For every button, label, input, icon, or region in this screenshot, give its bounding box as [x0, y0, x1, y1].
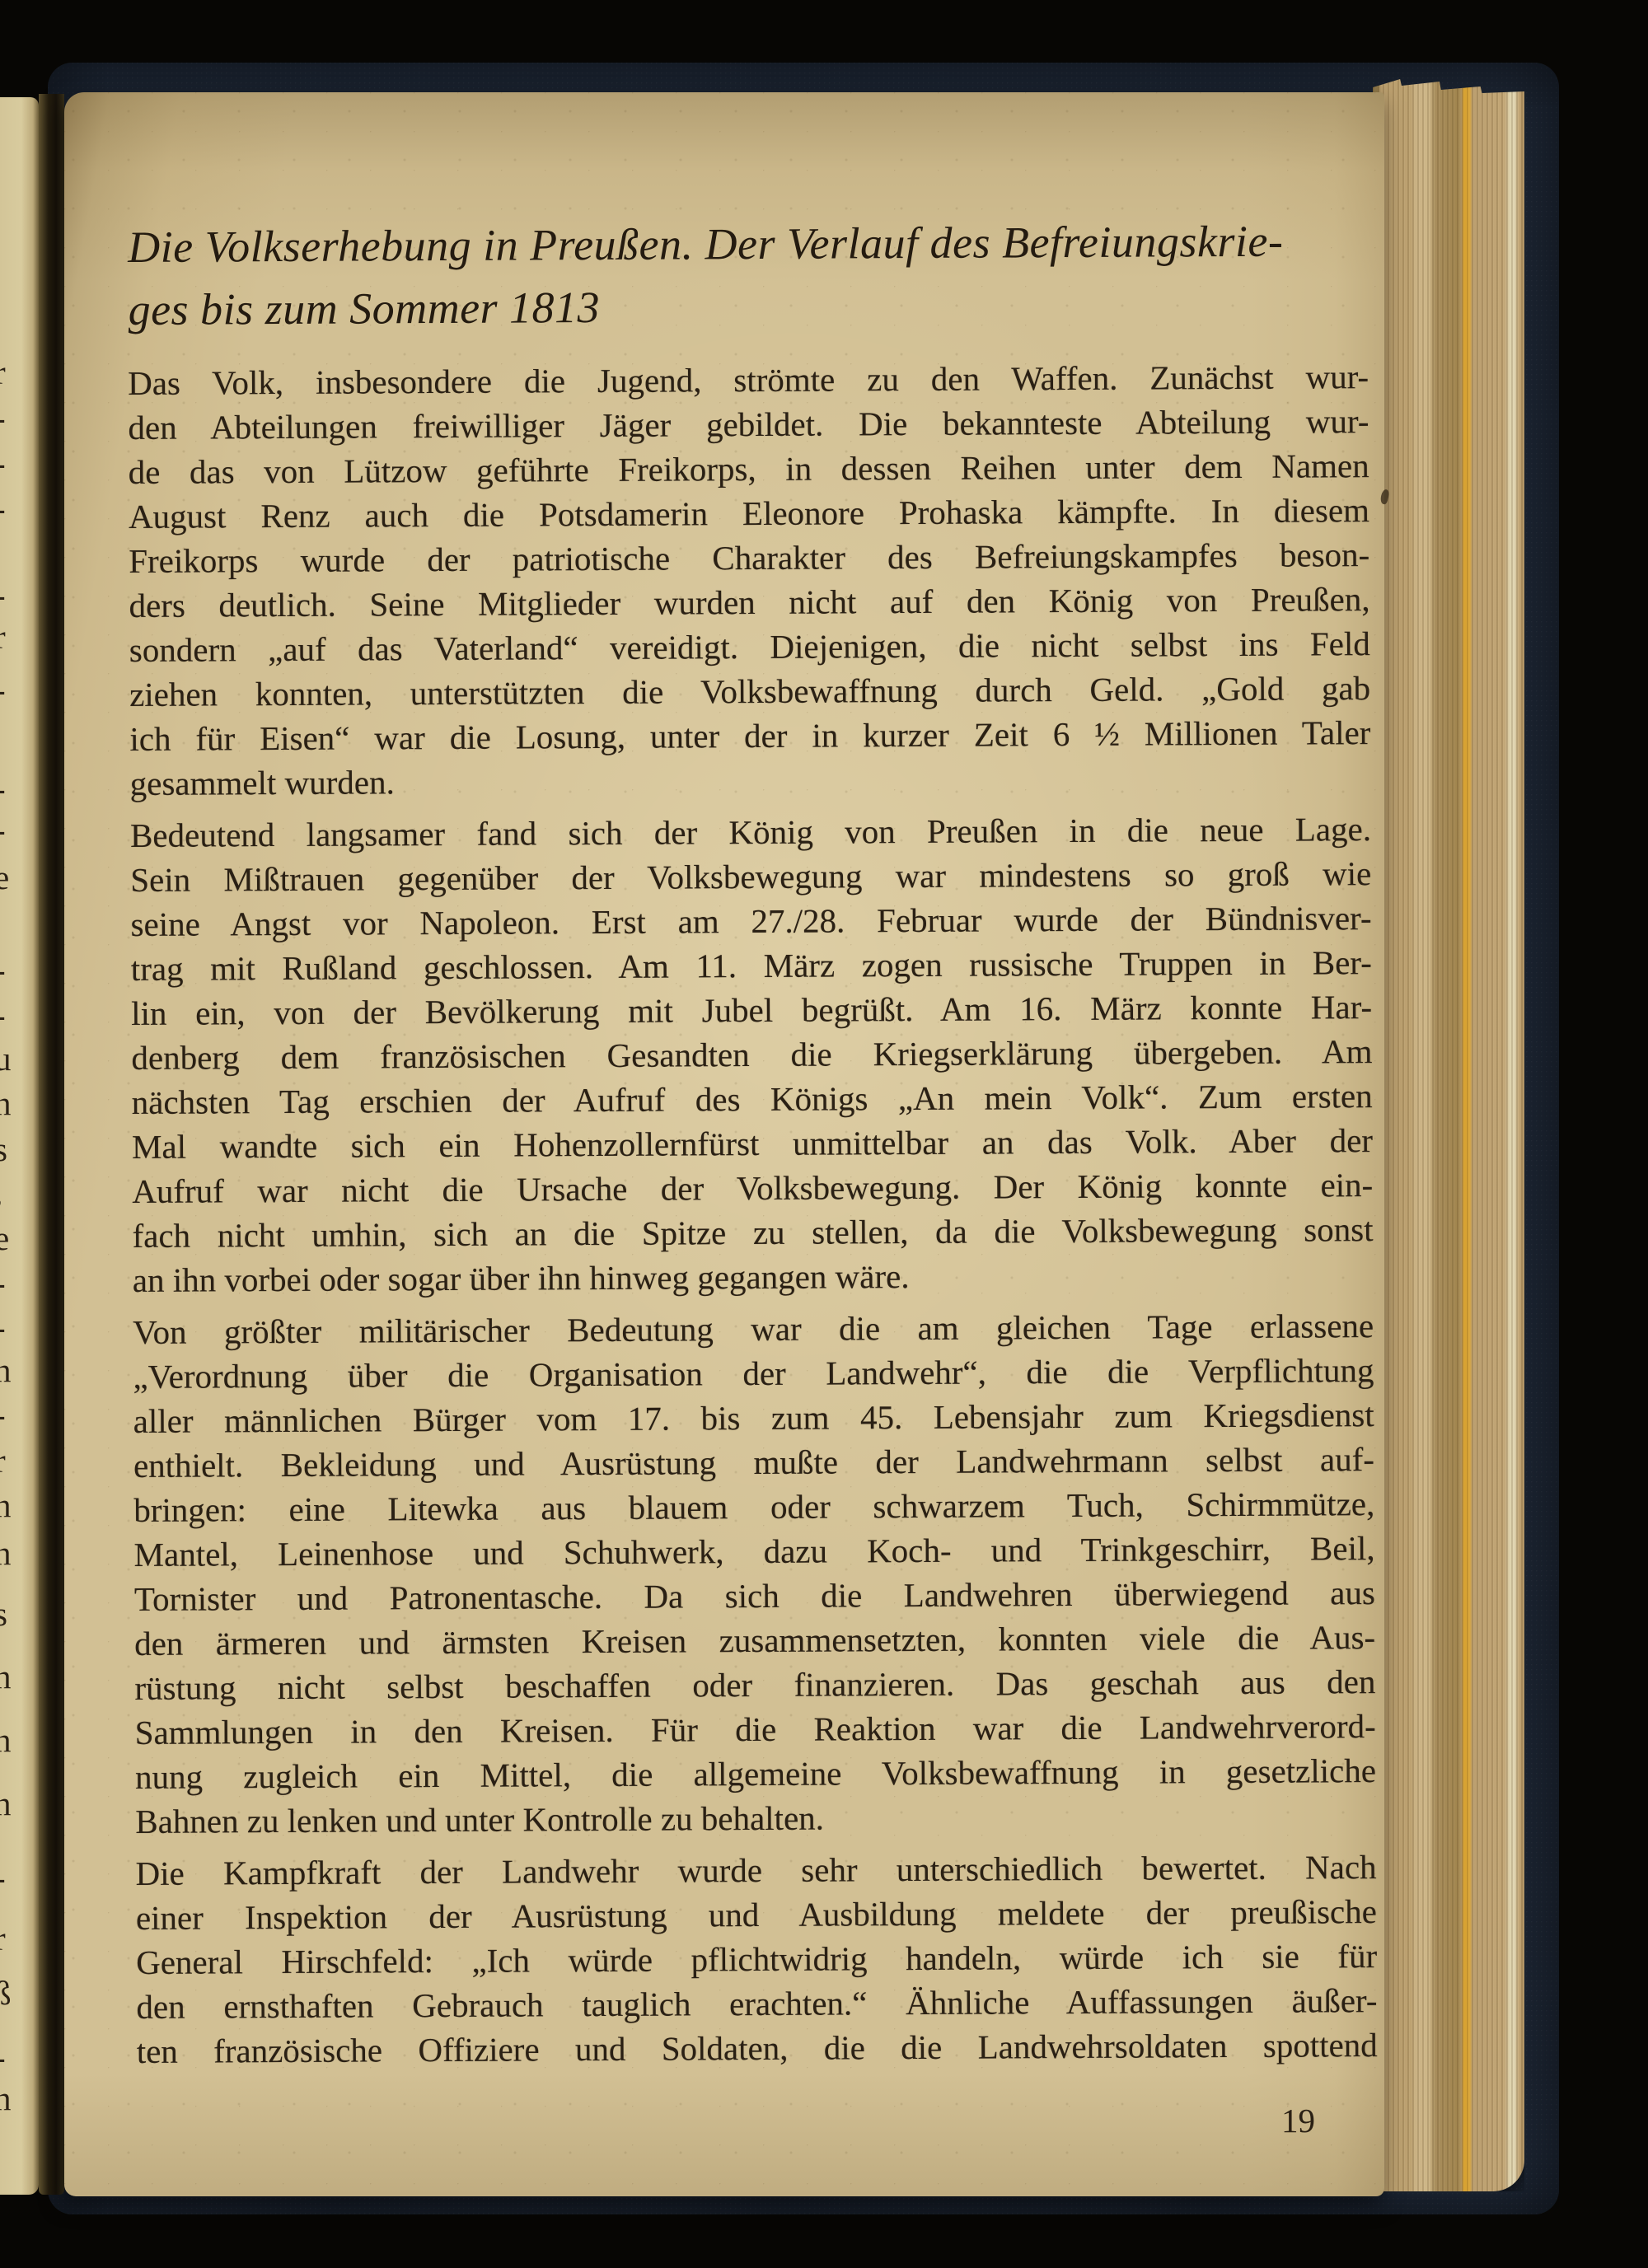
text-line: Bahnen zu lenken und unter Kontrolle zu … [135, 1793, 1376, 1844]
paragraph: Von größter militärischer Bedeutung war … [133, 1303, 1376, 1844]
cutoff-letter: e [0, 855, 9, 900]
cutoff-letter: r [0, 350, 6, 395]
cutoff-letter: - [0, 2035, 6, 2079]
cutoff-letter: n [0, 1781, 12, 1826]
text-line: seine Angst vor Napoleon. Erst am 27./28… [130, 896, 1371, 947]
paragraph: Die Kampfkraft der Landwehr wurde sehr u… [135, 1845, 1377, 2074]
cutoff-letter: n [0, 1718, 12, 1762]
text-line: lin ein, von der Bevölkerung mit Jubel b… [131, 984, 1372, 1036]
text-line: ders deutlich. Seine Mitglieder wurden n… [129, 577, 1369, 628]
text-line: Das Volk, insbesondere die Jugend, ström… [128, 354, 1369, 405]
cutoff-letter: r [0, 1916, 6, 1961]
text-line: ich für Eisen“ war die Losung, unter der… [129, 710, 1370, 761]
cutoff-letter: - [0, 807, 6, 852]
facing-page-edge: r----r---e--uns,e--n-rnnsnnn-rß-n [0, 97, 39, 2195]
text-line: Die Kampfkraft der Landwehr wurde sehr u… [135, 1845, 1376, 1896]
text-line: den ernsthaften Gebrauch tauglich eracht… [136, 1978, 1377, 2029]
text-line: bringen: eine Litewka aus blauem oder sc… [133, 1481, 1374, 1532]
cutoff-letter: - [0, 993, 6, 1037]
cutoff-letter: n [0, 1483, 12, 1527]
text-line: rüstung nicht selbst beschaffen oder fin… [134, 1659, 1375, 1710]
cutoff-letter: - [0, 766, 6, 811]
text-line: sondern „auf das Vaterland“ vereidigt. D… [129, 621, 1370, 672]
text-line: trag mit Rußland geschlossen. Am 11. Mär… [131, 940, 1372, 991]
book-photo: r----r---e--uns,e--n-rnnsnnn-rß-n Die Vo… [0, 0, 1648, 2268]
cutoff-letter: - [0, 667, 6, 712]
text-line: aller männlichen Bürger vom 17. bis zum … [133, 1392, 1374, 1443]
chapter-heading: Die Volkserhebung in Preußen. Der Verlau… [128, 209, 1374, 341]
text-line: Aufruf war nicht die Ursache der Volksbe… [132, 1162, 1373, 1213]
cutoff-letter: - [0, 1260, 6, 1305]
cutoff-letter: n [0, 1531, 12, 1575]
cutoff-letter: r [0, 1438, 6, 1483]
cutoff-letter: n [0, 2076, 12, 2121]
cutoff-letter: - [0, 947, 6, 992]
text-line: denberg dem französischen Gesandten die … [131, 1029, 1372, 1080]
cutoff-letter: n [0, 1654, 12, 1699]
text-line: Sammlungen in den Kreisen. Für die Reakt… [135, 1704, 1376, 1755]
body-text: Das Volk, insbesondere die Jugend, ström… [128, 354, 1378, 2074]
text-line: fach nicht umhin, sich an die Spitze zu … [132, 1207, 1373, 1258]
chapter-heading-line2: ges bis zum Sommer 1813 [128, 272, 1374, 341]
paragraph: Das Volk, insbesondere die Jugend, ström… [128, 354, 1371, 806]
text-line: nächsten Tag erschien der Aufruf des Kön… [132, 1073, 1373, 1125]
text-line: gesammelt wurden. [130, 755, 1371, 806]
cutoff-letter: r [0, 615, 6, 659]
text-line: Sein Mißtrauen gegenüber der Volksbewegu… [130, 851, 1371, 902]
text-line: August Renz auch die Potsdamerin Eleonor… [129, 488, 1369, 539]
cutoff-letter: n [0, 1081, 12, 1125]
paragraph: Bedeutend langsamer fand sich der König … [130, 807, 1374, 1302]
text-line: an ihn vorbei oder sogar über ihn hinweg… [133, 1251, 1374, 1302]
text-line: den ärmeren und ärmsten Kreisen zusammen… [134, 1615, 1375, 1666]
text-line: nung zugleich ein Mittel, die allgemeine… [135, 1748, 1376, 1799]
text-line: „Verordnung über die Organisation der La… [133, 1348, 1374, 1399]
cutoff-letter: s [0, 1592, 7, 1636]
chapter-heading-line1: Die Volkserhebung in Preußen. Der Verlau… [128, 209, 1374, 278]
gutter-shadow [39, 94, 64, 2195]
text-line: ten französische Offiziere und Soldaten,… [137, 2022, 1378, 2074]
text-line: General Hirschfeld: „Ich würde pflichtwi… [136, 1934, 1377, 1985]
text-line: den Abteilungen freiwilliger Jäger gebil… [128, 399, 1369, 450]
cutoff-letter: - [0, 1392, 6, 1437]
cutoff-letter: - [0, 395, 6, 440]
page-fore-edge [1373, 77, 1524, 2191]
text-line: enthielt. Bekleidung und Ausrüstung mußt… [133, 1437, 1374, 1488]
text-line: Tornister und Patronentasche. Da sich di… [134, 1570, 1375, 1621]
text-line: Bedeutend langsamer fand sich der König … [130, 807, 1371, 858]
text-line: Mantel, Leinenhose und Schuhwerk, dazu K… [133, 1526, 1374, 1577]
text-line: Von größter militärischer Bedeutung war … [133, 1303, 1374, 1354]
cutoff-letter: u [0, 1036, 12, 1081]
book-page: Die Volkserhebung in Preußen. Der Verlau… [64, 92, 1384, 2196]
cutoff-letter: e [0, 1216, 9, 1260]
text-line: Freikorps wurde der patriotische Charakt… [129, 532, 1369, 583]
cutoff-letter: s [0, 1127, 7, 1171]
cutoff-letter: - [0, 441, 6, 485]
text-line: einer Inspektion der Ausrüstung und Ausb… [136, 1889, 1377, 1940]
cutoff-letter: - [0, 486, 6, 531]
text-line: Mal wandte sich ein Hohenzollernfürst un… [132, 1118, 1373, 1169]
text-line: de das von Lützow geführte Freikorps, in… [129, 443, 1369, 494]
cutoff-letter: n [0, 1348, 12, 1392]
cutoff-letter: ß [0, 1971, 12, 2015]
text-line: ziehen konnten, unterstützten die Volksb… [129, 666, 1370, 717]
cutoff-letter: - [0, 1855, 6, 1900]
cutoff-letter: - [0, 1305, 6, 1349]
page-number: 19 [1281, 2101, 1315, 2140]
cutoff-letter: - [0, 573, 6, 617]
cutoff-letter: , [0, 1170, 2, 1214]
